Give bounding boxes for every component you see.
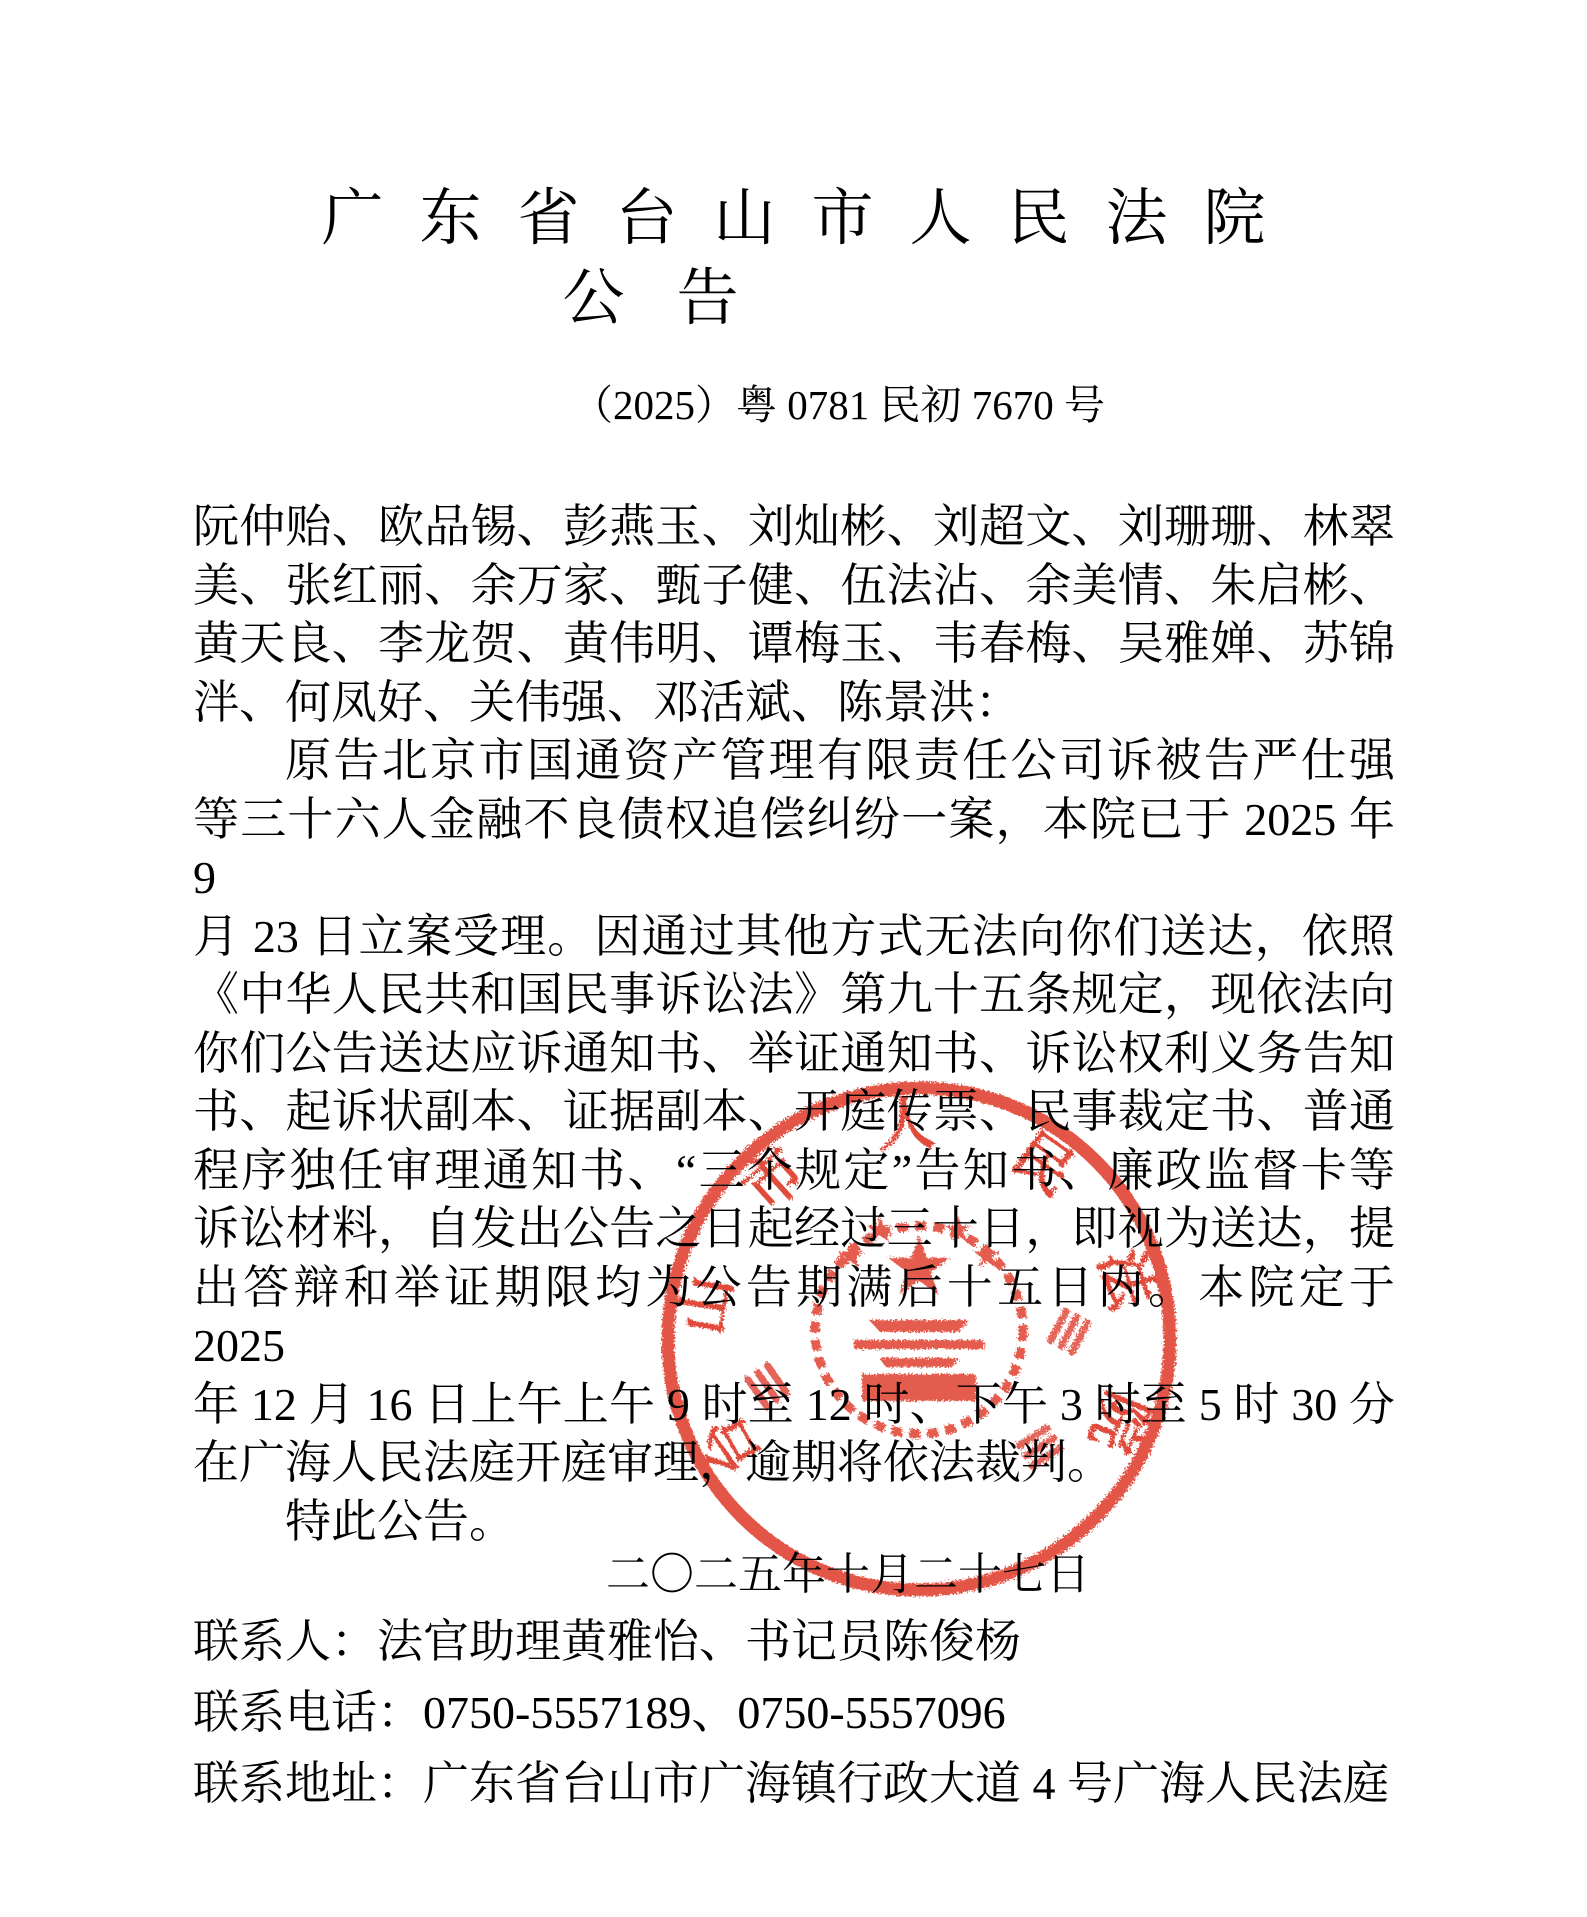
- case-number: （2025）粤 0781 民初 7670 号: [572, 372, 1105, 431]
- document-line: 黄天良、李龙贺、黄伟明、谭梅玉、韦春梅、吴雅婵、苏锦: [193, 615, 1395, 674]
- document-line: 诉讼材料，自发出公告之日起经过三十日，即视为送达，提: [193, 1200, 1395, 1259]
- document-line: 年 12 月 16 日上午上午 9 时至 12 时、下午 3 时至 5 时 30…: [193, 1376, 1395, 1435]
- announcement-page: 广东省台山市人民法院 公告 （2025）粤 0781 民初 7670 号 阮仲贻…: [0, 0, 1587, 1917]
- document-line: 阮仲贻、欧品锡、彭燕玉、刘灿彬、刘超文、刘珊珊、林翠: [193, 498, 1395, 557]
- document-body: 阮仲贻、欧品锡、彭燕玉、刘灿彬、刘超文、刘珊珊、林翠美、张红丽、余万家、甄子健、…: [193, 498, 1395, 1551]
- court-title: 广东省台山市人民法院: [0, 168, 1587, 257]
- document-line: 书、起诉状副本、证据副本、开庭传票、民事裁定书、普通: [193, 1083, 1395, 1142]
- document-line: 等三十六人金融不良债权追偿纠纷一案，本院已于 2025 年 9: [193, 791, 1395, 908]
- contact-info: 联系人：法官助理黄雅怡、书记员陈俊杨联系电话：0750-5557189、0750…: [193, 1606, 1453, 1819]
- document-line: 联系地址：广东省台山市广海镇行政大道 4 号广海人民法庭: [193, 1748, 1453, 1819]
- document-line: 联系人：法官助理黄雅怡、书记员陈俊杨: [193, 1606, 1453, 1677]
- issue-date: 二〇二五年十月二十七日: [193, 1538, 1395, 1602]
- document-line: 联系电话：0750-5557189、0750-5557096: [193, 1677, 1453, 1748]
- document-line: 出答辩和举证期限均为公告期满后十五日内。本院定于 2025: [193, 1259, 1395, 1376]
- document-line: 程序独任审理通知书、“三个规定”告知书、廉政监督卡等: [193, 1142, 1395, 1201]
- document-line: 美、张红丽、余万家、甄子健、伍法沾、余美情、朱启彬、: [193, 557, 1395, 616]
- document-line: 你们公告送达应诉通知书、举证通知书、诉讼权利义务告知: [193, 1025, 1395, 1084]
- notice-title: 公告: [0, 248, 1444, 337]
- document-line: 在广海人民法庭开庭审理，逾期将依法裁判。: [193, 1434, 1395, 1493]
- document-line: 泮、何凤好、关伟强、邓活斌、陈景洪：: [193, 674, 1395, 733]
- document-line: 《中华人民共和国民事诉讼法》第九十五条规定，现依法向: [193, 966, 1395, 1025]
- document-line: 原告北京市国通资产管理有限责任公司诉被告严仕强: [193, 732, 1395, 791]
- document-line: 月 23 日立案受理。因通过其他方式无法向你们送达，依照: [193, 908, 1395, 967]
